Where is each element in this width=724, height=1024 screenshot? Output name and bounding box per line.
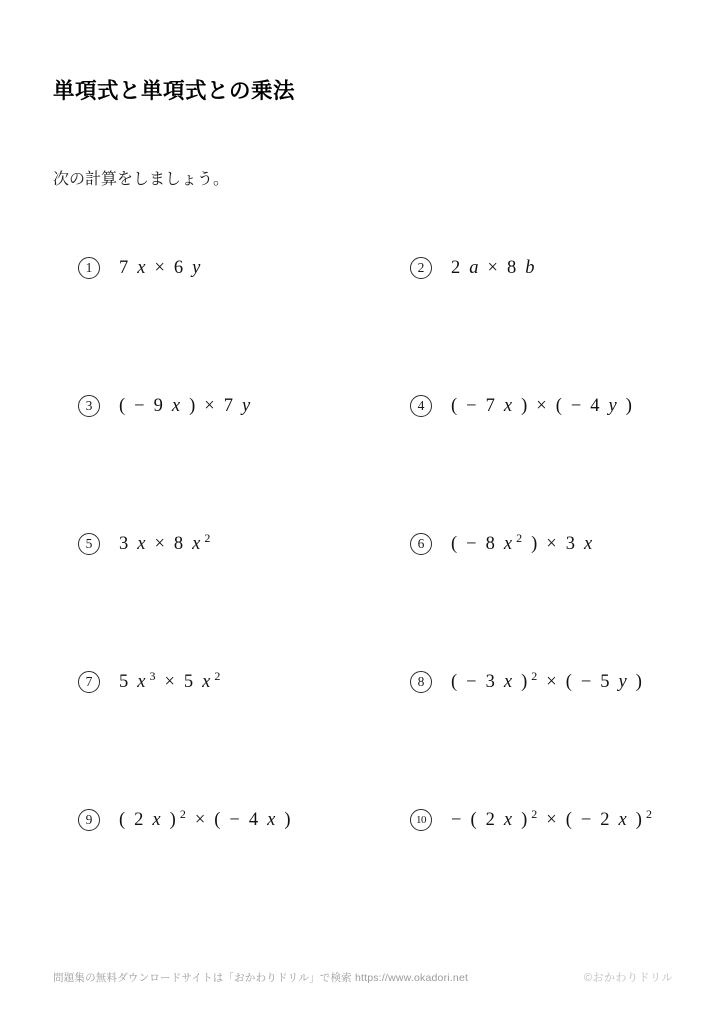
problem-8: 8(−3x)2×(−5y)	[410, 667, 678, 697]
variable: y	[192, 259, 200, 278]
problem-number-badge: 2	[410, 257, 432, 279]
problem-expression: 7x×6y	[119, 259, 200, 278]
problem-number-badge: 10	[410, 809, 432, 831]
number: 3	[566, 535, 575, 554]
problem-expression: (−3x)2×(−5y)	[451, 673, 642, 692]
operator: (	[451, 673, 457, 692]
variable: x	[504, 397, 512, 416]
number: 2	[600, 811, 609, 830]
problem-10: 10−(2x)2×(−2x)2	[410, 805, 678, 835]
operator: )	[521, 673, 527, 692]
number: 8	[486, 535, 495, 554]
number: 8	[507, 259, 516, 278]
variable: x	[152, 811, 160, 830]
operator: ×	[195, 811, 205, 830]
operator: )	[521, 397, 527, 416]
variable: x	[137, 673, 145, 692]
variable: x	[137, 535, 145, 554]
operator: (	[470, 811, 476, 830]
variable: b	[525, 259, 534, 278]
operator: ×	[546, 811, 556, 830]
exponent: 2	[646, 808, 652, 820]
operator: )	[636, 811, 642, 830]
variable: x	[267, 811, 275, 830]
variable: x	[619, 811, 627, 830]
number: 7	[224, 397, 233, 416]
variable: x	[584, 535, 592, 554]
number: 7	[486, 397, 495, 416]
operator: )	[189, 397, 195, 416]
problem-expression: 3x×8x2	[119, 535, 210, 554]
operator: )	[636, 673, 642, 692]
problem-expression: 2a×8b	[451, 259, 534, 278]
exponent: 2	[214, 670, 220, 682]
footer-copyright: ©おかわりドリル	[584, 969, 673, 985]
operator: (	[214, 811, 220, 830]
operator: −	[229, 811, 239, 830]
number: 2	[486, 811, 495, 830]
number: 2	[134, 811, 143, 830]
problem-expression: 5x3×5x2	[119, 673, 220, 692]
operator: )	[170, 811, 176, 830]
operator: ×	[536, 397, 546, 416]
problem-expression: (−7x)×(−4y)	[451, 397, 632, 416]
operator: −	[451, 811, 461, 830]
operator: ×	[546, 535, 556, 554]
exponent: 3	[149, 670, 155, 682]
exponent: 2	[204, 532, 210, 544]
problem-5: 53x×8x2	[78, 529, 410, 559]
exponent: 2	[531, 808, 537, 820]
operator: −	[466, 673, 476, 692]
problem-expression: (2x)2×(−4x)	[119, 811, 291, 830]
number: 5	[600, 673, 609, 692]
problem-1: 17x×6y	[78, 253, 410, 283]
problem-number-badge: 8	[410, 671, 432, 693]
variable: y	[619, 673, 627, 692]
problem-number-badge: 4	[410, 395, 432, 417]
problem-7: 75x3×5x2	[78, 667, 410, 697]
operator: ×	[164, 673, 174, 692]
problem-9: 9(2x)2×(−4x)	[78, 805, 410, 835]
operator: −	[581, 673, 591, 692]
operator: (	[119, 397, 125, 416]
operator: (	[119, 811, 125, 830]
operator: ×	[154, 535, 164, 554]
problem-number-badge: 1	[78, 257, 100, 279]
number: 4	[590, 397, 599, 416]
exponent: 2	[180, 808, 186, 820]
footer-site-info: 問題集の無料ダウンロードサイトは「おかわりドリル」で検索 https://www…	[53, 970, 468, 985]
operator: (	[451, 397, 457, 416]
operator: ×	[488, 259, 498, 278]
problem-number-badge: 3	[78, 395, 100, 417]
number: 9	[154, 397, 163, 416]
operator: −	[581, 811, 591, 830]
operator: (	[556, 397, 562, 416]
problem-number-badge: 9	[78, 809, 100, 831]
operator: ×	[154, 259, 164, 278]
variable: x	[504, 811, 512, 830]
page-title: 単項式と単項式との乗法	[53, 74, 295, 105]
number: 6	[174, 259, 183, 278]
problem-expression: (−9x)×7y	[119, 397, 250, 416]
operator: −	[571, 397, 581, 416]
problem-expression: −(2x)2×(−2x)2	[451, 811, 652, 830]
operator: −	[466, 397, 476, 416]
number: 5	[119, 673, 128, 692]
variable: y	[609, 397, 617, 416]
variable: x	[192, 535, 200, 554]
operator: −	[466, 535, 476, 554]
operator: ×	[546, 673, 556, 692]
variable: x	[504, 535, 512, 554]
problem-number-badge: 5	[78, 533, 100, 555]
operator: −	[134, 397, 144, 416]
operator: )	[284, 811, 290, 830]
problem-number-badge: 7	[78, 671, 100, 693]
number: 2	[451, 259, 460, 278]
variable: x	[172, 397, 180, 416]
number: 3	[119, 535, 128, 554]
operator: (	[566, 811, 572, 830]
variable: x	[504, 673, 512, 692]
operator: )	[521, 811, 527, 830]
problem-2: 22a×8b	[410, 253, 678, 283]
exponent: 2	[516, 532, 522, 544]
number: 5	[184, 673, 193, 692]
instruction-text: 次の計算をしましょう。	[53, 166, 229, 189]
variable: a	[469, 259, 478, 278]
operator: (	[566, 673, 572, 692]
operator: )	[531, 535, 537, 554]
operator: (	[451, 535, 457, 554]
operator: )	[626, 397, 632, 416]
number: 3	[486, 673, 495, 692]
problem-number-badge: 6	[410, 533, 432, 555]
operator: ×	[204, 397, 214, 416]
number: 4	[249, 811, 258, 830]
variable: x	[202, 673, 210, 692]
problem-4: 4(−7x)×(−4y)	[410, 391, 678, 421]
problem-3: 3(−9x)×7y	[78, 391, 410, 421]
variable: y	[242, 397, 250, 416]
exponent: 2	[531, 670, 537, 682]
page-footer: 問題集の無料ダウンロードサイトは「おかわりドリル」で検索 https://www…	[53, 969, 673, 985]
problem-expression: (−8x2)×3x	[451, 535, 592, 554]
problem-6: 6(−8x2)×3x	[410, 529, 678, 559]
problems-list: 17x×6y22a×8b3(−9x)×7y4(−7x)×(−4y)53x×8x2…	[78, 253, 678, 943]
number: 8	[174, 535, 183, 554]
number: 7	[119, 259, 128, 278]
variable: x	[137, 259, 145, 278]
